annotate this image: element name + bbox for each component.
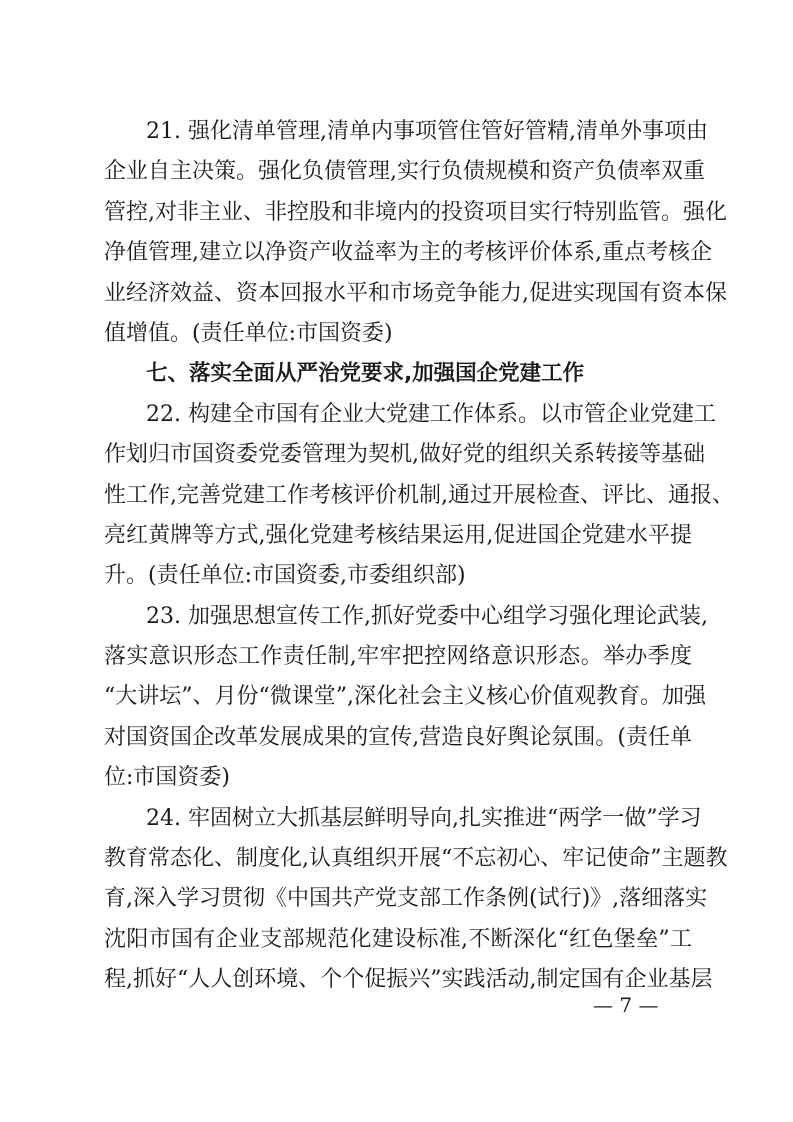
paragraph-24-line-2: 教育常态化、制度化,认真组织开展“不忘初心、牢记使命”主题教 [104, 839, 692, 879]
paragraph-24-line-1: 24. 牢固树立大抓基层鲜明导向,扎实推进“两学一做”学习 [104, 799, 692, 839]
paragraph-22-line-4: 亮红黄牌等方式,强化党建考核结果运用,促进国企党建水平提 [104, 516, 692, 556]
paragraph-23-line-1: 23. 加强思想宣传工作,抓好党委中心组学习强化理论武装, [104, 597, 692, 637]
paragraph-22-line-3: 性工作,完善党建工作考核评价机制,通过开展检查、评比、通报、 [104, 476, 692, 516]
paragraph-23-line-4: 对国资国企改革发展成果的宣传,营造良好舆论氛围。(责任单 [104, 718, 692, 758]
page-number: — 7 — [593, 993, 658, 1017]
paragraph-22-line-2: 作划归市国资委党委管理为契机,做好党的组织关系转接等基础 [104, 435, 692, 475]
document-body: 21. 强化清单管理,清单内事项管住管好管精,清单外事项由 企业自主决策。强化负… [104, 112, 692, 1001]
paragraph-24-line-3: 育,深入学习贯彻《中国共产党支部工作条例(试行)》,落细落实 [104, 879, 692, 919]
paragraph-21-line-3: 管控,对非主业、非控股和非境内的投资项目实行特别监管。强化 [104, 193, 692, 233]
paragraph-21-line-6: 值增值。(责任单位:市国资委) [104, 314, 692, 354]
paragraph-23-line-5: 位:市国资委) [104, 758, 692, 798]
paragraph-22-line-5: 升。(责任单位:市国资委,市委组织部) [104, 556, 692, 596]
paragraph-23-line-2: 落实意识形态工作责任制,牢牢把控网络意识形态。举办季度 [104, 637, 692, 677]
paragraph-21-line-4: 净值管理,建立以净资产收益率为主的考核评价体系,重点考核企 [104, 233, 692, 273]
paragraph-21-line-2: 企业自主决策。强化负债管理,实行负债规模和资产负债率双重 [104, 152, 692, 192]
paragraph-24-line-4: 沈阳市国有企业支部规范化建设标准,不断深化“红色堡垒”工 [104, 920, 692, 960]
paragraph-23-line-3: “大讲坛”、月份“微课堂”,深化社会主义核心价值观教育。加强 [104, 677, 692, 717]
paragraph-21-line-1: 21. 强化清单管理,清单内事项管住管好管精,清单外事项由 [104, 112, 692, 152]
section-heading-7: 七、落实全面从严治党要求,加强国企党建工作 [104, 354, 692, 394]
paragraph-21-line-5: 业经济效益、资本回报水平和市场竞争能力,促进实现国有资本保 [104, 274, 692, 314]
paragraph-22-line-1: 22. 构建全市国有企业大党建工作体系。以市管企业党建工 [104, 395, 692, 435]
